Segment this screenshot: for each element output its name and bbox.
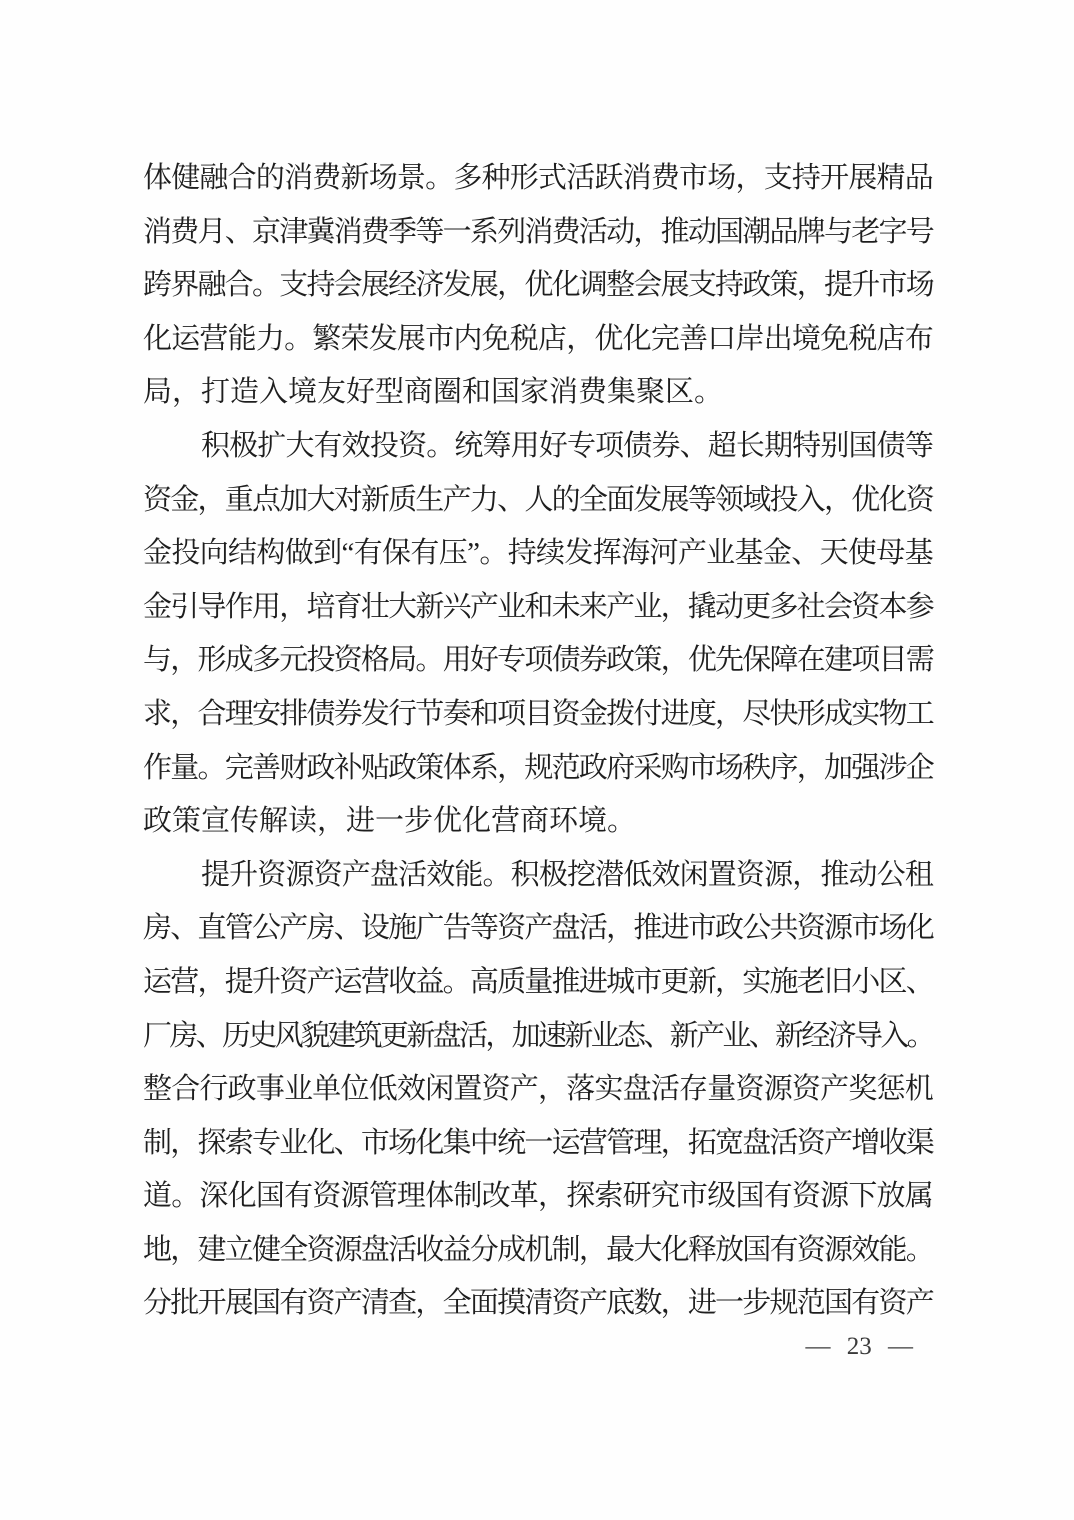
text-line: 与，形成多元投资格局。用好专项债券政策，优先保障在建项目需 (143, 634, 933, 688)
text-line-content: 消费月、京津冀消费季等一系列消费活动，推动国潮品牌与老字号 (143, 216, 933, 248)
text-line: 提升资源资产盘活效能。积极挖潜低效闲置资源，推动公租 (143, 849, 933, 903)
text-line-content: 积极扩大有效投资。统筹用好专项债券、超长期特别国债等 (201, 430, 933, 462)
text-line: 化运营能力。繁荣发展市内免税店，优化完善口岸出境免税店布 (143, 313, 933, 367)
text-line: 政策宣传解读，进一步优化营商环境。 (143, 795, 933, 849)
paragraph: 体健融合的消费新场景。多种形式活跃消费市场，支持开展精品 消费月、京津冀消费季等… (143, 152, 933, 420)
text-line-content: 整合行政事业单位低效闲置资产，落实盘活存量资源资产奖惩机 (143, 1073, 933, 1105)
text-line: 金引导作用，培育壮大新兴产业和未来产业，撬动更多社会资本参 (143, 581, 933, 635)
text-line: 地，建立健全资源盘活收益分成机制，最大化释放国有资源效能。 (143, 1224, 933, 1278)
text-line: 房、直管公产房、设施广告等资产盘活，推进市政公共资源市场化 (143, 902, 933, 956)
text-block: 体健融合的消费新场景。多种形式活跃消费市场，支持开展精品 消费月、京津冀消费季等… (143, 152, 933, 1331)
text-line-content: 运营，提升资产运营收益。高质量推进城市更新，实施老旧小区、 (143, 966, 933, 998)
text-line-content: 分批开展国有资产清查，全面摸清资产底数，进一步规范国有资产 (143, 1287, 933, 1319)
text-line: 跨界融合。支持会展经济发展，优化调整会展支持政策，提升市场 (143, 259, 933, 313)
page-number: — 23 — (806, 1332, 914, 1362)
text-line: 厂房、历史风貌建筑更新盘活，加速新业态、新产业、新经济导入。 (143, 1010, 933, 1064)
text-line-content: 作量。完善财政补贴政策体系，规范政府采购市场秩序，加强涉企 (143, 752, 933, 784)
text-line-content: 资金，重点加大对新质生产力、人的全面发展等领域投入，优化资 (143, 484, 933, 516)
text-line-content: 与，形成多元投资格局。用好专项债券政策，优先保障在建项目需 (143, 644, 933, 676)
document-page: 体健融合的消费新场景。多种形式活跃消费市场，支持开展精品 消费月、京津冀消费季等… (0, 0, 1074, 1520)
text-line-content: 求，合理安排债券发行节奏和项目资金拨付进度，尽快形成实物工 (143, 698, 933, 730)
text-line: 作量。完善财政补贴政策体系，规范政府采购市场秩序，加强涉企 (143, 742, 933, 796)
text-line: 道。深化国有资源管理体制改革，探索研究市级国有资源下放属 (143, 1170, 933, 1224)
text-line-content: 局，打造入境友好型商圈和国家消费集聚区。 (143, 376, 723, 408)
text-line: 局，打造入境友好型商圈和国家消费集聚区。 (143, 366, 933, 420)
text-line: 积极扩大有效投资。统筹用好专项债券、超长期特别国债等 (143, 420, 933, 474)
text-line-content: 跨界融合。支持会展经济发展，优化调整会展支持政策，提升市场 (143, 269, 933, 301)
text-line-content: 体健融合的消费新场景。多种形式活跃消费市场，支持开展精品 (143, 162, 933, 194)
text-line-content: 道。深化国有资源管理体制改革，探索研究市级国有资源下放属 (143, 1180, 933, 1212)
text-line: 运营，提升资产运营收益。高质量推进城市更新，实施老旧小区、 (143, 956, 933, 1010)
text-line-content: 厂房、历史风貌建筑更新盘活，加速新业态、新产业、新经济导入。 (143, 1020, 933, 1052)
text-line: 整合行政事业单位低效闲置资产，落实盘活存量资源资产奖惩机 (143, 1063, 933, 1117)
text-line-content: 化运营能力。繁荣发展市内免税店，优化完善口岸出境免税店布 (143, 323, 933, 355)
text-line-content: 制，探索专业化、市场化集中统一运营管理，拓宽盘活资产增收渠 (143, 1127, 933, 1159)
text-line: 资金，重点加大对新质生产力、人的全面发展等领域投入，优化资 (143, 474, 933, 528)
text-line-content: 房、直管公产房、设施广告等资产盘活，推进市政公共资源市场化 (143, 912, 933, 944)
text-line: 制，探索专业化、市场化集中统一运营管理，拓宽盘活资产增收渠 (143, 1117, 933, 1171)
text-line-content: 金引导作用，培育壮大新兴产业和未来产业，撬动更多社会资本参 (143, 591, 933, 623)
text-line-content: 提升资源资产盘活效能。积极挖潜低效闲置资源，推动公租 (201, 859, 933, 891)
text-line: 求，合理安排债券发行节奏和项目资金拨付进度，尽快形成实物工 (143, 688, 933, 742)
text-line: 分批开展国有资产清查，全面摸清资产底数，进一步规范国有资产 (143, 1277, 933, 1331)
paragraph: 提升资源资产盘活效能。积极挖潜低效闲置资源，推动公租 房、直管公产房、设施广告等… (143, 849, 933, 1331)
text-line: 消费月、京津冀消费季等一系列消费活动，推动国潮品牌与老字号 (143, 206, 933, 260)
text-line: 体健融合的消费新场景。多种形式活跃消费市场，支持开展精品 (143, 152, 933, 206)
text-line-content: 政策宣传解读，进一步优化营商环境。 (143, 805, 636, 837)
text-line-content: 地，建立健全资源盘活收益分成机制，最大化释放国有资源效能。 (143, 1234, 933, 1266)
text-line-content: 金投向结构做到“有保有压”。持续发挥海河产业基金、天使母基 (143, 537, 933, 569)
paragraph: 积极扩大有效投资。统筹用好专项债券、超长期特别国债等 资金，重点加大对新质生产力… (143, 420, 933, 849)
text-line: 金投向结构做到“有保有压”。持续发挥海河产业基金、天使母基 (143, 527, 933, 581)
